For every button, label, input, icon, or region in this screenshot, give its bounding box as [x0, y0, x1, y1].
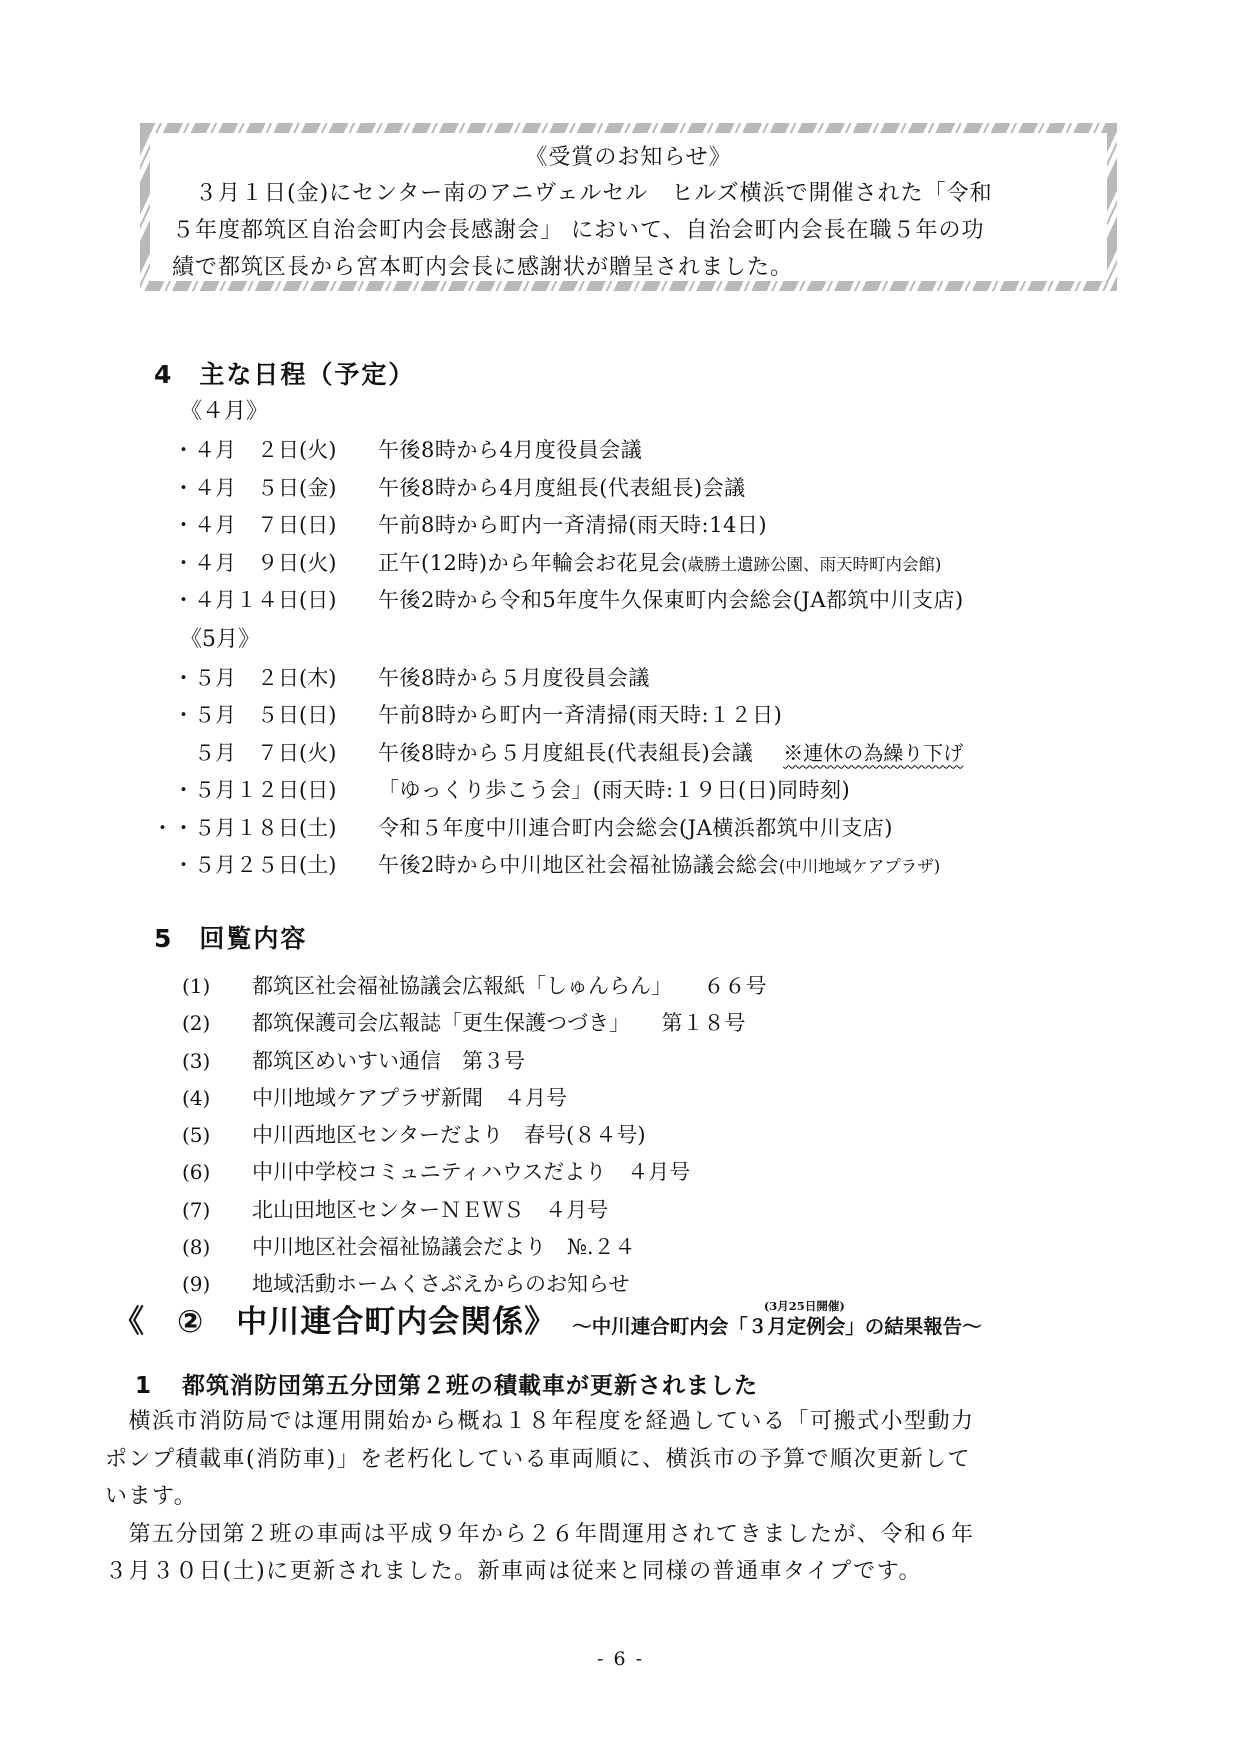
schedule-event: ・５月 ２日(木)午後8時から５月度役員会議 [156, 660, 1241, 698]
paragraph-line: ３月３０日(土)に更新されました。新車両は従来と同様の普通車タイプです。 [105, 1553, 1141, 1591]
item-text: 中川地域ケアプラザ新聞 ４月号 [252, 1086, 567, 1110]
schedule-event: ・４月 ５日(金)午後8時から4月度組長(代表組長)会議 [156, 470, 1241, 508]
event-description: 午後8時から５月度組長(代表組長)会議 [378, 741, 753, 765]
event-description: 「ゆっくり歩こう会」(雨天時:１９日(日)同時刻) [378, 778, 850, 802]
fire-paragraph-2: 第五分団第２班の車両は平成９年から２６年間運用されてきましたが、令和６年 ３月３… [0, 1516, 1241, 1591]
month-label-april: 《４月》 [180, 392, 1241, 432]
award-notice-line: 績で都筑区長から宮本町内会長に感謝状が贈呈されました。 [172, 249, 1085, 286]
fire-paragraph-1: 横浜市消防局では運用開始から概ね１８年程度を経過している「可搬式小型動力 ポンプ… [0, 1403, 1241, 1516]
event-description: 令和５年度中川連合町内会総会(JA横浜都筑中川支店) [378, 816, 893, 840]
event-description: 午後8時から4月度役員会議 [378, 438, 642, 462]
event-description-small: (中川地域ケアプラザ) [779, 857, 940, 876]
subtitle-annotated: (3月25日開催)３月定例会 [748, 1315, 846, 1338]
paragraph-line: 横浜市消防局では運用開始から概ね１８年程度を経過している「可搬式小型動力 [105, 1403, 1141, 1441]
event-date: ４月 ２日(火) [194, 432, 378, 470]
circulation-heading-number: 5 [154, 924, 173, 953]
subtitle-prefix: ～中川連合町内会「 [572, 1315, 748, 1338]
schedule-section: 4主な日程（予定） 《４月》 ・４月 ２日(火)午後8時から4月度役員会議 ・４… [0, 358, 1241, 885]
subtitle-superscript: (3月25日開催) [764, 1300, 845, 1312]
event-date: ５月２５日(土) [194, 847, 378, 885]
circulation-item: (5)中川西地区センターだより 春号(８４号) [182, 1117, 1241, 1154]
schedule-event: ・４月 ２日(火)午後8時から4月度役員会議 [156, 432, 1241, 470]
section2-subtitle: ～中川連合町内会「(3月25日開催)３月定例会」の結果報告～ [572, 1296, 982, 1342]
schedule-event: ・４月 ９日(火)正午(12時)から年輪会お花見会(歳勝土遺跡公園、雨天時町内会… [156, 545, 1241, 583]
paragraph-line: 第五分団第２班の車両は平成９年から２６年間運用されてきましたが、令和６年 [105, 1516, 1141, 1554]
event-date: ５月 ５日(日) [194, 697, 378, 735]
event-date: ５月１８日(土) [194, 810, 378, 848]
circulation-items: (1)都筑区社会福祉協議会広報紙「しゅんらん」 ６６号 (2)都筑保護司会広報誌… [0, 968, 1241, 1304]
schedule-heading: 4主な日程（予定） [154, 358, 1241, 392]
paragraph-line: ポンプ積載車(消防車)」を老朽化している車両順に、横浜市の予算で順次更新して [105, 1441, 1141, 1479]
item-text: 都筑保護司会広報誌「更生保護つづき」 第１８号 [252, 1011, 746, 1035]
award-notice-box: 《受賞のお知らせ》 ３月１日(金)にセンター南のアニヴェルセル ヒルズ横浜で開催… [140, 123, 1117, 291]
item-text: 都筑区めいすい通信 第３号 [252, 1049, 525, 1073]
event-date: ４月 ５日(金) [194, 470, 378, 508]
event-date: ４月 ７日(日) [194, 507, 378, 545]
schedule-event: ・５月 ５日(日)午前8時から町内一斉清掃(雨天時:１２日) [156, 697, 1241, 735]
schedule-event: ・５月２５日(土)午後2時から中川地区社会福祉協議会総会(中川地域ケアプラザ) [156, 847, 1241, 885]
item-text: 都筑区社会福祉協議会広報紙「しゅんらん」 ６６号 [252, 974, 767, 998]
event-description: 午前8時から町内一斉清掃(雨天時:１２日) [378, 703, 782, 727]
item-text: 地域活動ホームくさぶえからのお知らせ [252, 1272, 629, 1296]
event-description: 午後8時から4月度組長(代表組長)会議 [378, 476, 746, 500]
award-notice-line: ５年度都筑区自治会町内会長感謝会」 において、自治会町内会長在職５年の功 [172, 212, 1085, 249]
event-description: 午後2時から中川地区社会福祉協議会総会 [378, 853, 779, 877]
month-label-may: 《5月》 [180, 620, 1241, 660]
page-number: - 6 - [0, 1648, 1241, 1670]
event-date: ５月 ２日(木) [194, 660, 378, 698]
event-date: ４月１４日(日) [194, 582, 378, 620]
event-date: ５月 ７日(火) [194, 735, 378, 773]
event-postponed-note: ※連休の為繰り下げ [783, 741, 963, 765]
circulation-section: 5回覧内容 (1)都筑区社会福祉協議会広報紙「しゅんらん」 ６６号 (2)都筑保… [0, 922, 1241, 1304]
event-description: 正午(12時)から年輪会お花見会 [378, 551, 681, 575]
fire-heading-title: 都筑消防団第五分団第２班の積載車が更新されました [182, 1373, 758, 1399]
item-number: (6) [182, 1154, 252, 1191]
event-description: 午後8時から５月度役員会議 [378, 666, 650, 690]
event-description: 午後2時から令和5年度牛久保東町内会総会(JA都筑中川支店) [378, 588, 964, 612]
circulation-item: (1)都筑区社会福祉協議会広報紙「しゅんらん」 ６６号 [182, 968, 1241, 1005]
event-description-small: (歳勝土遺跡公園、雨天時町内会館) [681, 555, 941, 574]
nakagawa-association-section-heading: 《 ② 中川連合町内会関係》 ～中川連合町内会「(3月25日開催)３月定例会」の… [113, 1296, 1213, 1342]
subtitle-base: ３月定例会 [748, 1315, 846, 1338]
circulation-heading-title: 回覧内容 [199, 924, 307, 953]
schedule-event: ・４月１４日(日)午後2時から令和5年度牛久保東町内会総会(JA都筑中川支店) [156, 582, 1241, 620]
event-date: ４月 ９日(火) [194, 545, 378, 583]
schedule-event: ・４月 ７日(日)午前8時から町内一斉清掃(雨天時:14日) [156, 507, 1241, 545]
item-text: 中川西地区センターだより 春号(８４号) [252, 1123, 646, 1147]
item-number: (2) [182, 1005, 252, 1042]
item-number: (5) [182, 1117, 252, 1154]
event-description: 午前8時から町内一斉清掃(雨天時:14日) [378, 513, 767, 537]
circulation-item: (4)中川地域ケアプラザ新聞 ４月号 [182, 1080, 1241, 1117]
circulation-item: (7)北山田地区センターＮＥＷＳ ４月号 [182, 1192, 1241, 1229]
circulation-heading: 5回覧内容 [154, 922, 1241, 956]
subtitle-suffix: 」の結果報告～ [845, 1315, 982, 1338]
event-date: ５月１２日(日) [194, 772, 378, 810]
schedule-heading-title: 主な日程（予定） [199, 360, 415, 389]
award-notice-inner: 《受賞のお知らせ》 ３月１日(金)にセンター南のアニヴェルセル ヒルズ横浜で開催… [150, 133, 1107, 281]
item-text: 北山田地区センターＮＥＷＳ ４月号 [252, 1198, 608, 1222]
item-number: (7) [182, 1192, 252, 1229]
section2-title: 《 ② 中川連合町内会関係》 [113, 1302, 556, 1342]
award-notice-title: 《受賞のお知らせ》 [172, 141, 1085, 175]
circulation-item: (6)中川中学校コミュニティハウスだより ４月号 [182, 1154, 1241, 1191]
fire-brigade-article: 1都筑消防団第五分団第２班の積載車が更新されました 横浜市消防局では運用開始から… [0, 1369, 1241, 1591]
schedule-event: ・５月１２日(日)「ゆっくり歩こう会」(雨天時:１９日(日)同時刻) [156, 772, 1241, 810]
circulation-item: (2)都筑保護司会広報誌「更生保護つづき」 第１８号 [182, 1005, 1241, 1042]
paragraph-line: います。 [105, 1478, 1141, 1516]
award-notice-line: ３月１日(金)にセンター南のアニヴェルセル ヒルズ横浜で開催された「令和 [172, 175, 1085, 212]
schedule-event: ・・５月１８日(土)令和５年度中川連合町内会総会(JA横浜都筑中川支店) [156, 810, 1241, 848]
item-number: (3) [182, 1043, 252, 1080]
schedule-event: ５月 ７日(火)午後8時から５月度組長(代表組長)会議※連休の為繰り下げ [156, 735, 1241, 773]
item-text: 中川地区社会福祉協議会だより №.２４ [252, 1235, 636, 1259]
schedule-heading-number: 4 [154, 360, 173, 389]
item-text: 中川中学校コミュニティハウスだより ４月号 [252, 1160, 690, 1184]
item-number: (4) [182, 1080, 252, 1117]
fire-heading-number: 1 [135, 1373, 152, 1399]
fire-article-heading: 1都筑消防団第五分団第２班の積載車が更新されました [135, 1369, 1241, 1403]
circulation-item: (8)中川地区社会福祉協議会だより №.２４ [182, 1229, 1241, 1266]
item-number: (8) [182, 1229, 252, 1266]
circulation-item: (3)都筑区めいすい通信 第３号 [182, 1043, 1241, 1080]
item-number: (1) [182, 968, 252, 1005]
